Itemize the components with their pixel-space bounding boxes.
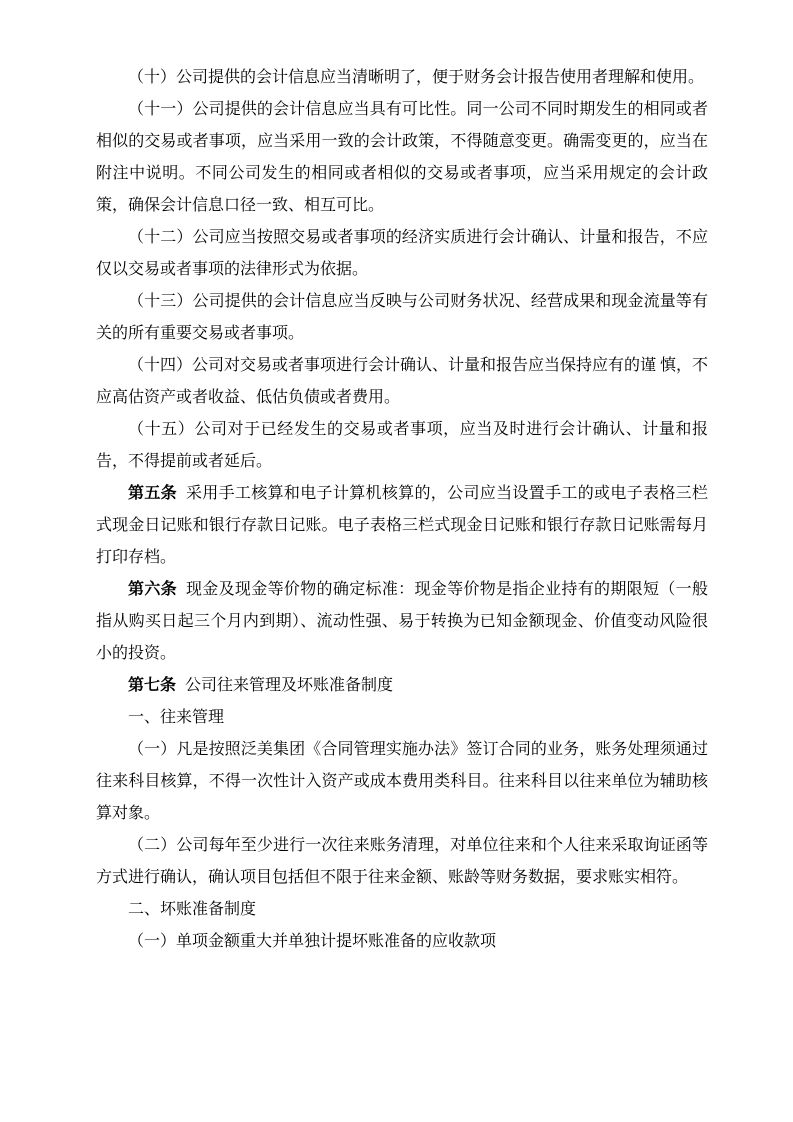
paragraph: （一）单项金额重大并单独计提坏账准备的应收款项: [96, 926, 708, 958]
paragraph-text: 二、坏账准备制度: [128, 901, 256, 918]
article-number: 第七条: [128, 677, 176, 694]
paragraph-text: 一、往来管理: [128, 709, 224, 726]
paragraph-text: 公司往来管理及坏账准备制度: [185, 677, 393, 694]
paragraph: 二、坏账准备制度: [96, 894, 708, 926]
paragraph: （十四）公司对交易或者事项进行会计确认、计量和报告应当保持应有的谨 慎，不应高估…: [96, 350, 708, 414]
paragraph-text: 采用手工核算和电子计算机核算的，公司应当设置手工的或电子表格三栏式现金日记账和银…: [96, 485, 708, 566]
paragraph-text: （一）单项金额重大并单独计提坏账准备的应收款项: [128, 933, 496, 950]
paragraph: （十三）公司提供的会计信息应当反映与公司财务状况、经营成果和现金流量等有关的所有…: [96, 286, 708, 350]
paragraph: （十五）公司对于已经发生的交易或者事项，应当及时进行会计确认、计量和报告，不得提…: [96, 414, 708, 478]
article-number: 第六条: [128, 581, 177, 598]
paragraph-text: （十）公司提供的会计信息应当清晰明了，便于财务会计报告使用者理解和使用。: [128, 69, 704, 86]
paragraph-text: （十三）公司提供的会计信息应当反映与公司财务状况、经营成果和现金流量等有关的所有…: [96, 293, 708, 342]
document-page: （十）公司提供的会计信息应当清晰明了，便于财务会计报告使用者理解和使用。（十一）…: [0, 0, 793, 1122]
paragraph-text: （十五）公司对于已经发生的交易或者事项，应当及时进行会计确认、计量和报告，不得提…: [96, 421, 708, 470]
paragraph: （十二）公司应当按照交易或者事项的经济实质进行会计确认、计量和报告，不应仅以交易…: [96, 222, 708, 286]
paragraph: （一）凡是按照泛美集团《合同管理实施办法》签订合同的业务，账务处理须通过往来科目…: [96, 734, 708, 830]
article-number: 第五条: [128, 485, 177, 502]
paragraph-text: 现金及现金等价物的确定标准：现金等价物是指企业持有的期限短（一般指从购买日起三个…: [96, 581, 708, 662]
paragraph: 第七条公司往来管理及坏账准备制度: [96, 670, 708, 702]
paragraph: 第五条采用手工核算和电子计算机核算的，公司应当设置手工的或电子表格三栏式现金日记…: [96, 478, 708, 574]
paragraph-text: （二）公司每年至少进行一次往来账务清理，对单位往来和个人往来采取询证函等方式进行…: [96, 837, 708, 886]
paragraph-text: （一）凡是按照泛美集团《合同管理实施办法》签订合同的业务，账务处理须通过往来科目…: [96, 741, 708, 822]
paragraph: （十）公司提供的会计信息应当清晰明了，便于财务会计报告使用者理解和使用。: [96, 62, 708, 94]
document-content: （十）公司提供的会计信息应当清晰明了，便于财务会计报告使用者理解和使用。（十一）…: [96, 62, 708, 958]
paragraph: （十一）公司提供的会计信息应当具有可比性。同一公司不同时期发生的相同或者相似的交…: [96, 94, 708, 222]
paragraph: 一、往来管理: [96, 702, 708, 734]
paragraph: 第六条现金及现金等价物的确定标准：现金等价物是指企业持有的期限短（一般指从购买日…: [96, 574, 708, 670]
paragraph-text: （十四）公司对交易或者事项进行会计确认、计量和报告应当保持应有的谨 慎，不应高估…: [96, 357, 708, 406]
paragraph: （二）公司每年至少进行一次往来账务清理，对单位往来和个人往来采取询证函等方式进行…: [96, 830, 708, 894]
paragraph-text: （十一）公司提供的会计信息应当具有可比性。同一公司不同时期发生的相同或者相似的交…: [96, 101, 708, 214]
paragraph-text: （十二）公司应当按照交易或者事项的经济实质进行会计确认、计量和报告，不应仅以交易…: [96, 229, 708, 278]
